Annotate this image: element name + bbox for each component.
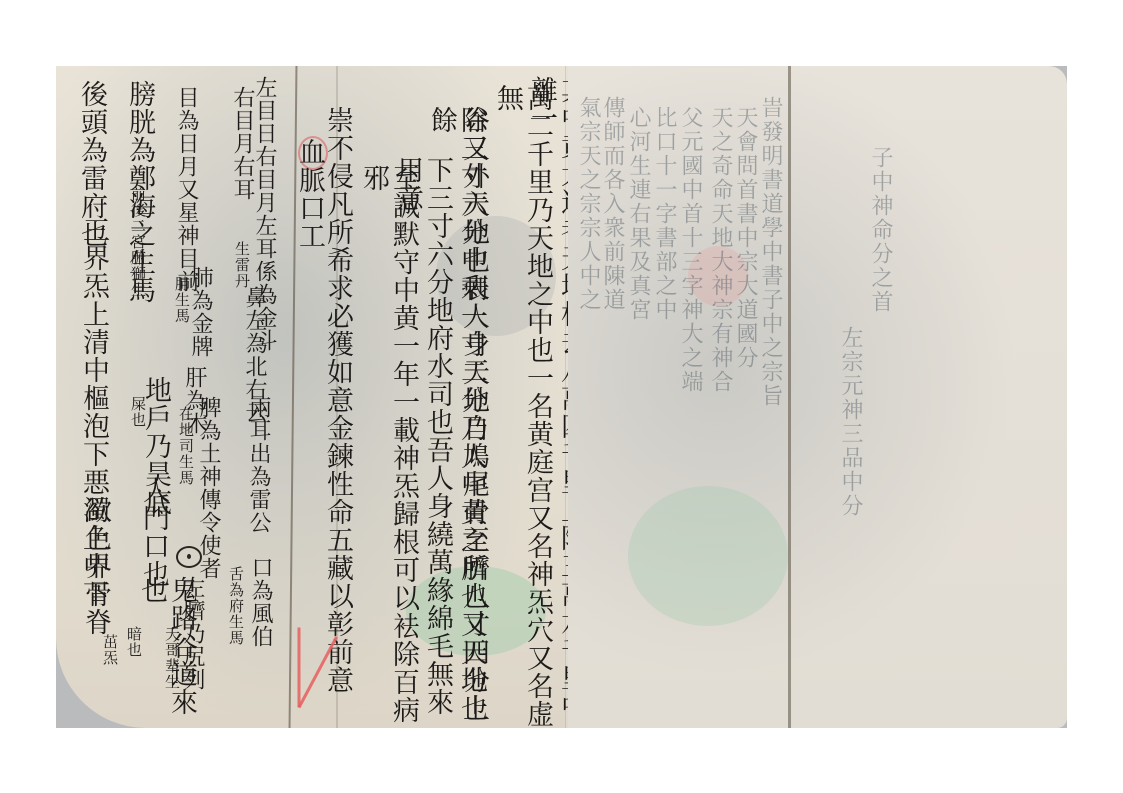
annotation-sub: 生雷丹 bbox=[234, 241, 250, 289]
manuscript-photo: 其中黄大道者天地相去八萬四千里上除三萬六千里中離一 萬二千里乃天地之中也一名黄庭… bbox=[56, 66, 1067, 728]
annotation-sub: 暗也 bbox=[126, 626, 142, 658]
annotation-sub: 屎也 bbox=[130, 396, 146, 428]
annotation-sub: 前後二宮腑獅生 bbox=[130, 186, 146, 298]
annotation-sub: 舌為府生馬 bbox=[228, 566, 244, 646]
annotation-sub: 茁炁 bbox=[102, 634, 118, 666]
main-column-2: 萬二千里乃天地之中也一名黄庭宫又名神炁穴又名虚無 bbox=[492, 84, 552, 728]
annotation-column: 兩耳出為雷公 bbox=[246, 396, 270, 534]
circle-dot-mark bbox=[176, 546, 202, 568]
left-page: 其中黄大道者天地相去八萬四千里上除三萬六千里中離一 萬二千里乃天地之中也一名黄庭… bbox=[56, 66, 568, 728]
annotation-column: 人門口也 bbox=[138, 476, 168, 588]
red-check-mark bbox=[298, 628, 301, 708]
annotation-column: 目為日月又星神目前 bbox=[174, 86, 198, 293]
main-column-7: 崇不侵凡所希求必獲如意金鍊性命五藏以彰前意 bbox=[322, 106, 352, 694]
annotation-sub: 在地司生馬 bbox=[178, 406, 194, 486]
annotation-column: 肺為金牌 bbox=[188, 266, 212, 358]
page-fold-line bbox=[788, 66, 791, 728]
annotation-column: 鬼路谷道來也 bbox=[136, 576, 196, 728]
main-column-6: 至誠默守中黄一年一載神炁歸根可以袪除百病邪 bbox=[358, 164, 418, 728]
annotation-column: 欲色界骨脊 bbox=[80, 496, 110, 636]
right-page: 旹發明書道學中書子中之宗旨 天會問首書中宗大道國分 天之奇命天地大神宗有神合 父… bbox=[568, 66, 1067, 728]
annotation-column: 口為風伯 bbox=[248, 556, 272, 648]
annotation-column: 右目月右耳 bbox=[230, 86, 254, 201]
annotation-sub: 肺生馬 bbox=[174, 276, 190, 324]
section-title: 血脈口工 bbox=[294, 138, 324, 250]
